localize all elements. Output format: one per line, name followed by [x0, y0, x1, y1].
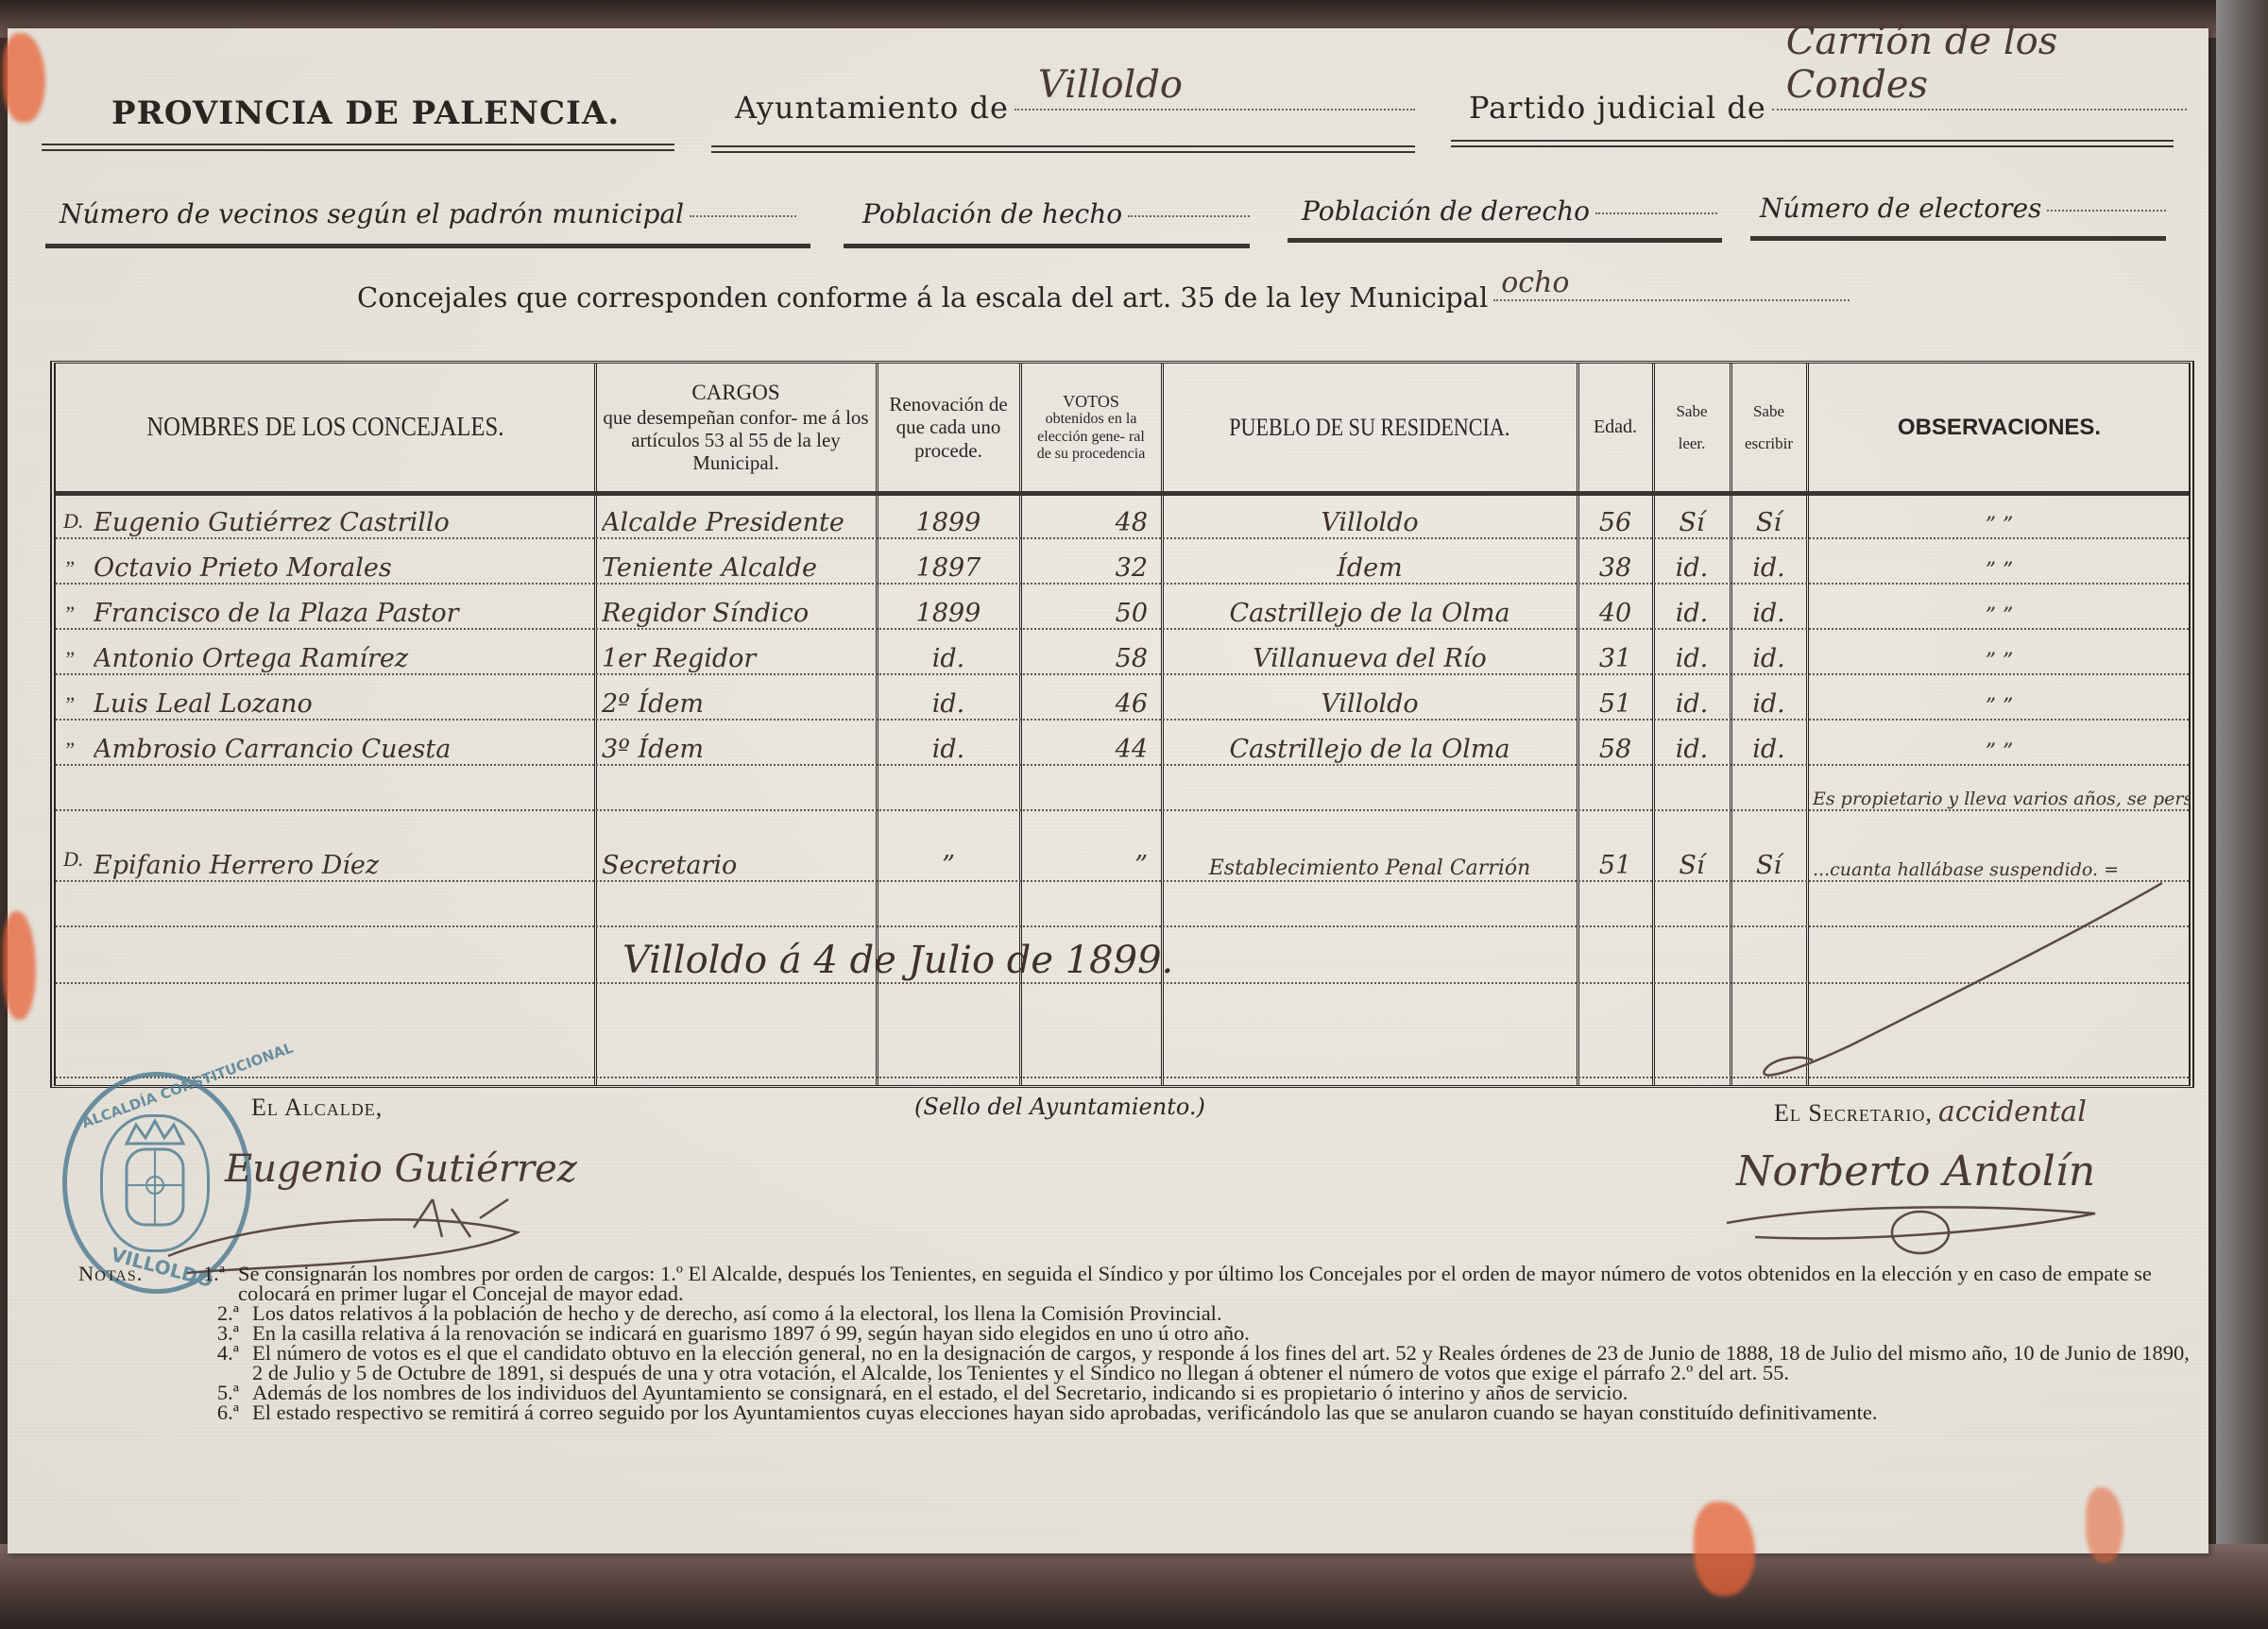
- derecho-rule: [1287, 238, 1722, 243]
- table-row: ” Octavio Prieto Morales Teniente Alcald…: [56, 543, 2189, 588]
- note-number: 1.ª: [187, 1264, 238, 1303]
- book-binding-bottom: [0, 1544, 2268, 1629]
- cell-votos: 46: [1021, 679, 1161, 724]
- cell-cargo: 1er Regidor: [602, 634, 876, 679]
- cell-cargo: Regidor Síndico: [602, 588, 876, 634]
- stain-left-middle: [3, 911, 36, 1020]
- vecinos-rule: [45, 244, 810, 248]
- concejales-dots: ocho: [1493, 298, 1850, 301]
- cell-pueblo: Villanueva del Río: [1163, 634, 1577, 679]
- cell-votos: 58: [1021, 634, 1161, 679]
- cell-leer: id.: [1654, 543, 1730, 588]
- cell-pueblo: Ídem: [1163, 543, 1577, 588]
- cell-votos: 48: [1021, 498, 1161, 543]
- header-nombres: NOMBRES DE LOS CONCEJALES.: [56, 364, 594, 491]
- cell-nombre: Antonio Ortega Ramírez: [94, 634, 589, 679]
- book-binding-right: [2216, 0, 2268, 1629]
- row-prefix: ”: [63, 738, 75, 762]
- cell-cargo: [602, 770, 876, 815]
- cell-pueblo: [1163, 770, 1577, 815]
- hecho-label: Población de hecho: [862, 198, 1122, 229]
- table-row: ” Antonio Ortega Ramírez 1er Regidor id.…: [56, 634, 2189, 679]
- cell-nombre: [94, 770, 589, 815]
- ayuntamiento-field: Ayuntamiento de Villoldo: [735, 90, 1415, 126]
- note-text: El número de votos es el que el candidat…: [252, 1343, 2204, 1383]
- cell-renovacion: [878, 770, 1019, 815]
- secretario-label-wrap: El Secretario, accidental: [1774, 1095, 2087, 1128]
- vecinos-field: Número de vecinos según el padrón munici…: [60, 198, 796, 229]
- table-row: ” Luis Leal Lozano 2º Ídem id. 46 Villol…: [56, 679, 2189, 724]
- note-number: 6.ª: [187, 1402, 252, 1422]
- cell-edad: 51: [1578, 815, 1652, 886]
- cell-cargo: 2º Ídem: [602, 679, 876, 724]
- cell-renovacion: ”: [878, 815, 1019, 886]
- row-prefix: ”: [63, 647, 75, 671]
- cell-observaciones: ” ”: [1808, 588, 2191, 634]
- row-prefix: ”: [63, 692, 75, 717]
- cell-escribir: id.: [1731, 679, 1806, 724]
- provincia-title: PROVINCIA DE PALENCIA.: [111, 94, 620, 132]
- cell-renovacion: 1897: [878, 543, 1019, 588]
- ayuntamiento-label: Ayuntamiento de: [735, 90, 1009, 126]
- cell-votos: 44: [1021, 724, 1161, 770]
- header-rule: [56, 491, 2189, 496]
- note-item: 4.ª El número de votos es el que el cand…: [78, 1343, 2204, 1383]
- sello-label: (Sello del Ayuntamiento.): [914, 1094, 1205, 1120]
- row-prefix: ”: [63, 602, 75, 626]
- cell-observaciones: Es propietario y lleva varios años, se p…: [1813, 770, 2191, 815]
- ayuntamiento-value[interactable]: Villoldo: [1038, 63, 1183, 107]
- cell-renovacion: id.: [878, 724, 1019, 770]
- table-row: ” Francisco de la Plaza Pastor Regidor S…: [56, 588, 2189, 634]
- cell-renovacion: id.: [878, 679, 1019, 724]
- header-pueblo: PUEBLO DE SU RESIDENCIA.: [1163, 364, 1577, 491]
- cell-nombre: Epifanio Herrero Díez: [94, 815, 589, 886]
- concejales-label: Concejales que corresponden conforme á l…: [357, 281, 1488, 314]
- header-leer: Sabe leer.: [1654, 364, 1730, 491]
- cell-cargo: 3º Ídem: [602, 724, 876, 770]
- hecho-rule: [844, 244, 1250, 248]
- cell-escribir: id.: [1731, 588, 1806, 634]
- alcalde-label: El Alcalde,: [251, 1094, 383, 1122]
- vecinos-input[interactable]: [690, 214, 796, 217]
- header-votos: VOTOS obtenidos en la elección gene- ral…: [1021, 364, 1161, 491]
- notes-label: Notas.: [78, 1264, 187, 1303]
- electores-field: Número de electores: [1760, 193, 2166, 224]
- row-prefix: D.: [63, 847, 83, 872]
- partido-dots: Carrión de los Condes: [1772, 108, 2187, 110]
- cell-edad: 56: [1578, 498, 1652, 543]
- cell-escribir: Sí: [1731, 498, 1806, 543]
- cell-observaciones: ” ”: [1808, 724, 2191, 770]
- note-text: Los datos relativos á la población de he…: [252, 1303, 2204, 1323]
- derecho-label: Población de derecho: [1302, 195, 1590, 227]
- cell-pueblo: Villoldo: [1163, 498, 1577, 543]
- derecho-field: Población de derecho: [1302, 195, 1717, 227]
- ayuntamiento-rule: [711, 145, 1415, 147]
- secretario-note: accidental: [1938, 1095, 2087, 1128]
- cell-leer: id.: [1654, 724, 1730, 770]
- cell-leer: id.: [1654, 634, 1730, 679]
- row-prefix: ”: [63, 556, 75, 581]
- note-item: Notas. 1.ª Se consignarán los nombres po…: [78, 1264, 2204, 1303]
- closing-stroke-icon: [1718, 875, 2172, 1102]
- cell-escribir: id.: [1731, 724, 1806, 770]
- note-text: Además de los nombres de los individuos …: [252, 1383, 2204, 1402]
- notes-section: Notas. 1.ª Se consignarán los nombres po…: [78, 1264, 2204, 1422]
- cell-pueblo: Villoldo: [1163, 679, 1577, 724]
- table-row: D. Eugenio Gutiérrez Castrillo Alcalde P…: [56, 498, 2189, 543]
- document-page: PROVINCIA DE PALENCIA. Ayuntamiento de V…: [8, 28, 2208, 1553]
- provincia-field: PROVINCIA DE PALENCIA.: [111, 94, 678, 132]
- cell-leer: [1654, 770, 1730, 815]
- cell-cargo: Alcalde Presidente: [602, 498, 876, 543]
- cell-votos: 32: [1021, 543, 1161, 588]
- header-observaciones: OBSERVACIONES.: [1808, 364, 2191, 491]
- cell-renovacion: 1899: [878, 498, 1019, 543]
- note-item: 5.ª Además de los nombres de los individ…: [78, 1383, 2204, 1402]
- cell-observaciones: ” ”: [1808, 543, 2191, 588]
- header-escribir: Sabe escribir: [1731, 364, 1806, 491]
- hecho-field: Población de hecho: [862, 198, 1250, 229]
- cell-renovacion: id.: [878, 634, 1019, 679]
- concejales-field: Concejales que corresponden conforme á l…: [357, 281, 1850, 314]
- cell-pueblo: Establecimiento Penal Carrión: [1163, 815, 1577, 886]
- alcalde-signature: Eugenio Gutiérrez: [225, 1147, 577, 1191]
- cell-escribir: id.: [1731, 543, 1806, 588]
- secretario-flourish-icon: [1717, 1195, 2114, 1270]
- header-renovacion: Renovación de que cada uno procede.: [878, 364, 1019, 491]
- provincia-rule: [42, 144, 674, 145]
- cell-edad: 40: [1578, 588, 1652, 634]
- electores-rule: [1750, 236, 2166, 241]
- note-text: En la casilla relativa á la renovación s…: [252, 1323, 2204, 1343]
- table-row: Es propietario y lleva varios años, se p…: [56, 770, 2189, 815]
- note-item: 3.ª En la casilla relativa á la renovaci…: [78, 1323, 2204, 1343]
- cell-renovacion: 1899: [878, 588, 1019, 634]
- date-line: Villoldo á 4 de Julio de 1899.: [622, 931, 1473, 988]
- cell-edad: 38: [1578, 543, 1652, 588]
- cell-leer: Sí: [1654, 498, 1730, 543]
- vecinos-label: Número de vecinos según el padrón munici…: [60, 198, 684, 229]
- cell-votos: 50: [1021, 588, 1161, 634]
- note-number: 5.ª: [187, 1383, 252, 1402]
- cell-edad: [1578, 770, 1652, 815]
- cell-escribir: [1731, 770, 1806, 815]
- header-edad: Edad.: [1578, 364, 1652, 491]
- cell-nombre: Francisco de la Plaza Pastor: [94, 588, 589, 634]
- cell-nombre: Eugenio Gutiérrez Castrillo: [94, 498, 589, 543]
- partido-rule: [1451, 140, 2174, 142]
- secretario-label: El Secretario,: [1774, 1099, 1933, 1128]
- ayuntamiento-dots: Villoldo: [1015, 108, 1415, 110]
- note-item: 6.ª El estado respectivo se remitirá á c…: [78, 1402, 2204, 1422]
- note-number: 4.ª: [187, 1343, 252, 1383]
- derecho-input[interactable]: [1595, 212, 1717, 214]
- row-prefix: D.: [63, 509, 83, 534]
- cell-pueblo: Castrillejo de la Olma: [1163, 588, 1577, 634]
- cell-cargo: Teniente Alcalde: [602, 543, 876, 588]
- cell-nombre: Ambrosio Carrancio Cuesta: [94, 724, 589, 770]
- note-text: Se consignarán los nombres por orden de …: [238, 1264, 2204, 1303]
- cell-observaciones: ” ”: [1808, 498, 2191, 543]
- cell-edad: 31: [1578, 634, 1652, 679]
- concejales-table: NOMBRES DE LOS CONCEJALES. CARGOS que de…: [50, 361, 2194, 1088]
- electores-input[interactable]: [2047, 209, 2166, 212]
- header-cargos: CARGOS que desempeñan confor- me á los a…: [596, 364, 876, 491]
- cell-leer: id.: [1654, 588, 1730, 634]
- cell-nombre: Luis Leal Lozano: [94, 679, 589, 724]
- cell-edad: 58: [1578, 724, 1652, 770]
- hecho-input[interactable]: [1128, 214, 1250, 217]
- cell-nombre: Octavio Prieto Morales: [94, 543, 589, 588]
- note-number: 2.ª: [187, 1303, 252, 1323]
- cell-observaciones: ” ”: [1808, 679, 2191, 724]
- note-number: 3.ª: [187, 1323, 252, 1343]
- partido-label: Partido judicial de: [1469, 90, 1766, 126]
- note-item: 2.ª Los datos relativos á la población d…: [78, 1303, 2204, 1323]
- secretario-signature: Norberto Antolín: [1736, 1147, 2095, 1196]
- stain-bottom-right: [2086, 1487, 2123, 1563]
- table-row: ” Ambrosio Carrancio Cuesta 3º Ídem id. …: [56, 724, 2189, 770]
- concejales-value[interactable]: ocho: [1501, 266, 1569, 299]
- cell-observaciones: ” ”: [1808, 634, 2191, 679]
- partido-value[interactable]: Carrión de los Condes: [1786, 20, 2187, 107]
- stain-top-left: [3, 33, 45, 123]
- electores-label: Número de electores: [1760, 193, 2041, 224]
- note-text: El estado respectivo se remitirá á corre…: [252, 1402, 2204, 1422]
- stain-bottom-center: [1694, 1502, 1755, 1596]
- cell-leer: id.: [1654, 679, 1730, 724]
- cell-pueblo: Castrillejo de la Olma: [1163, 724, 1577, 770]
- cell-escribir: id.: [1731, 634, 1806, 679]
- cell-cargo: Secretario: [602, 815, 876, 886]
- cell-edad: 51: [1578, 679, 1652, 724]
- cell-votos: ”: [1021, 815, 1161, 886]
- partido-field: Partido judicial de Carrión de los Conde…: [1469, 90, 2187, 126]
- cell-votos: [1021, 770, 1161, 815]
